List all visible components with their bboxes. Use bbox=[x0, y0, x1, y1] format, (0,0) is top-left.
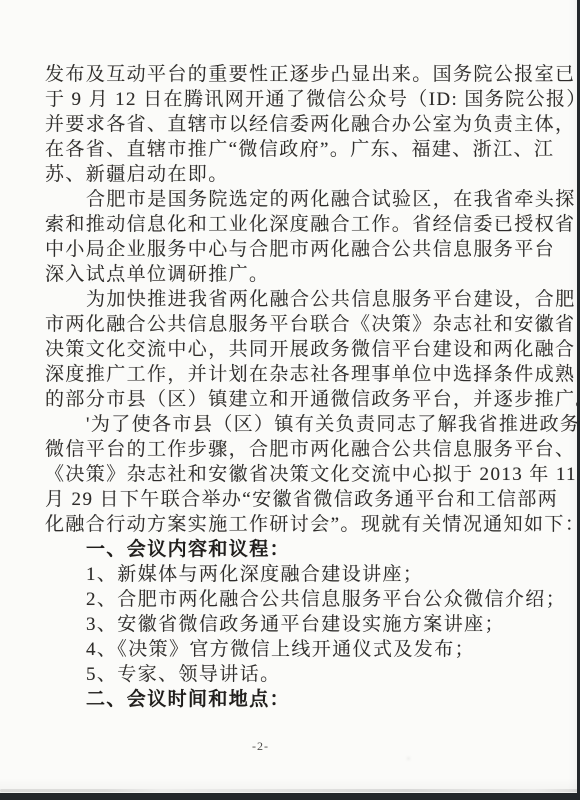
text-line: 于 9 月 12 日在腾讯网开通了微信公众号（ID: 国务院公报）， bbox=[45, 87, 550, 112]
text-line: 合肥市是国务院选定的两化融合试验区，在我省牵头探 bbox=[45, 187, 550, 212]
section-heading-line: 二、会议时间和地点： bbox=[45, 687, 550, 712]
text-line: 微信平台的工作步骤，合肥市两化融合公共信息服务平台、 bbox=[45, 437, 550, 462]
text-line: 索和推动信息化和工业化深度融合工作。省经信委已授权省 bbox=[45, 212, 550, 237]
text-line: 1、新媒体与两化深度融合建设讲座； bbox=[45, 562, 550, 587]
text-line: 苏、新疆启动在即。 bbox=[45, 162, 550, 187]
text-line: 深入试点单位调研推广。 bbox=[45, 262, 550, 287]
text-line: 4、《决策》官方微信上线开通仪式及发布； bbox=[45, 637, 550, 662]
text-line: 的部分市县（区）镇建立和开通微信政务平台，并逐步推广。 bbox=[45, 387, 550, 412]
text-line: 3、安徽省微信政务通平台建设实施方案讲座； bbox=[45, 612, 550, 637]
text-line: 并要求各省、直辖市以经信委两化融合办公室为负责主体， bbox=[45, 112, 550, 137]
scan-smudge bbox=[0, 789, 580, 792]
text-line: 《决策》杂志社和安徽省决策文化交流中心拟于 2013 年 11 bbox=[45, 462, 550, 487]
text-line: 在各省、直辖市推广“微信政府”。广东、福建、浙江、江 bbox=[45, 137, 550, 162]
scan-edge-bottom bbox=[0, 793, 580, 800]
text-line: '为了使各市县（区）镇有关负责同志了解我省推进政务 bbox=[45, 412, 550, 437]
document-body: 发布及互动平台的重要性正逐步凸显出来。国务院公报室已于 9 月 12 日在腾讯网… bbox=[45, 62, 550, 712]
text-line: 发布及互动平台的重要性正逐步凸显出来。国务院公报室已 bbox=[45, 62, 550, 87]
text-line: 深度推广工作，并计划在杂志社各理事单位中选择条件成熟 bbox=[45, 362, 550, 387]
text-line: 化融合行动方案实施工作研讨会”。现就有关情况通知如下： bbox=[45, 512, 550, 537]
scan-specks bbox=[0, 0, 1, 1]
text-line: 决策文化交流中心，共同开展政务微信平台建设和两化融合 bbox=[45, 337, 550, 362]
text-line: 2、合肥市两化融合公共信息服务平台公众微信介绍； bbox=[45, 587, 550, 612]
text-line: 月 29 日下午联合举办“安徽省微信政务通平台和工信部两 bbox=[45, 487, 550, 512]
page-number: -2- bbox=[252, 739, 269, 754]
text-line: 5、专家、领导讲话。 bbox=[45, 662, 550, 687]
text-line: 为加快推进我省两化融合公共信息服务平台建设，合肥 bbox=[45, 287, 550, 312]
text-line: 市两化融合公共信息服务平台联合《决策》杂志社和安徽省 bbox=[45, 312, 550, 337]
scanned-document-page: 发布及互动平台的重要性正逐步凸显出来。国务院公报室已于 9 月 12 日在腾讯网… bbox=[0, 0, 580, 800]
text-line: 中小局企业服务中心与合肥市两化融合公共信息服务平台 bbox=[45, 237, 550, 262]
section-heading-line: 一、会议内容和议程： bbox=[45, 537, 550, 562]
